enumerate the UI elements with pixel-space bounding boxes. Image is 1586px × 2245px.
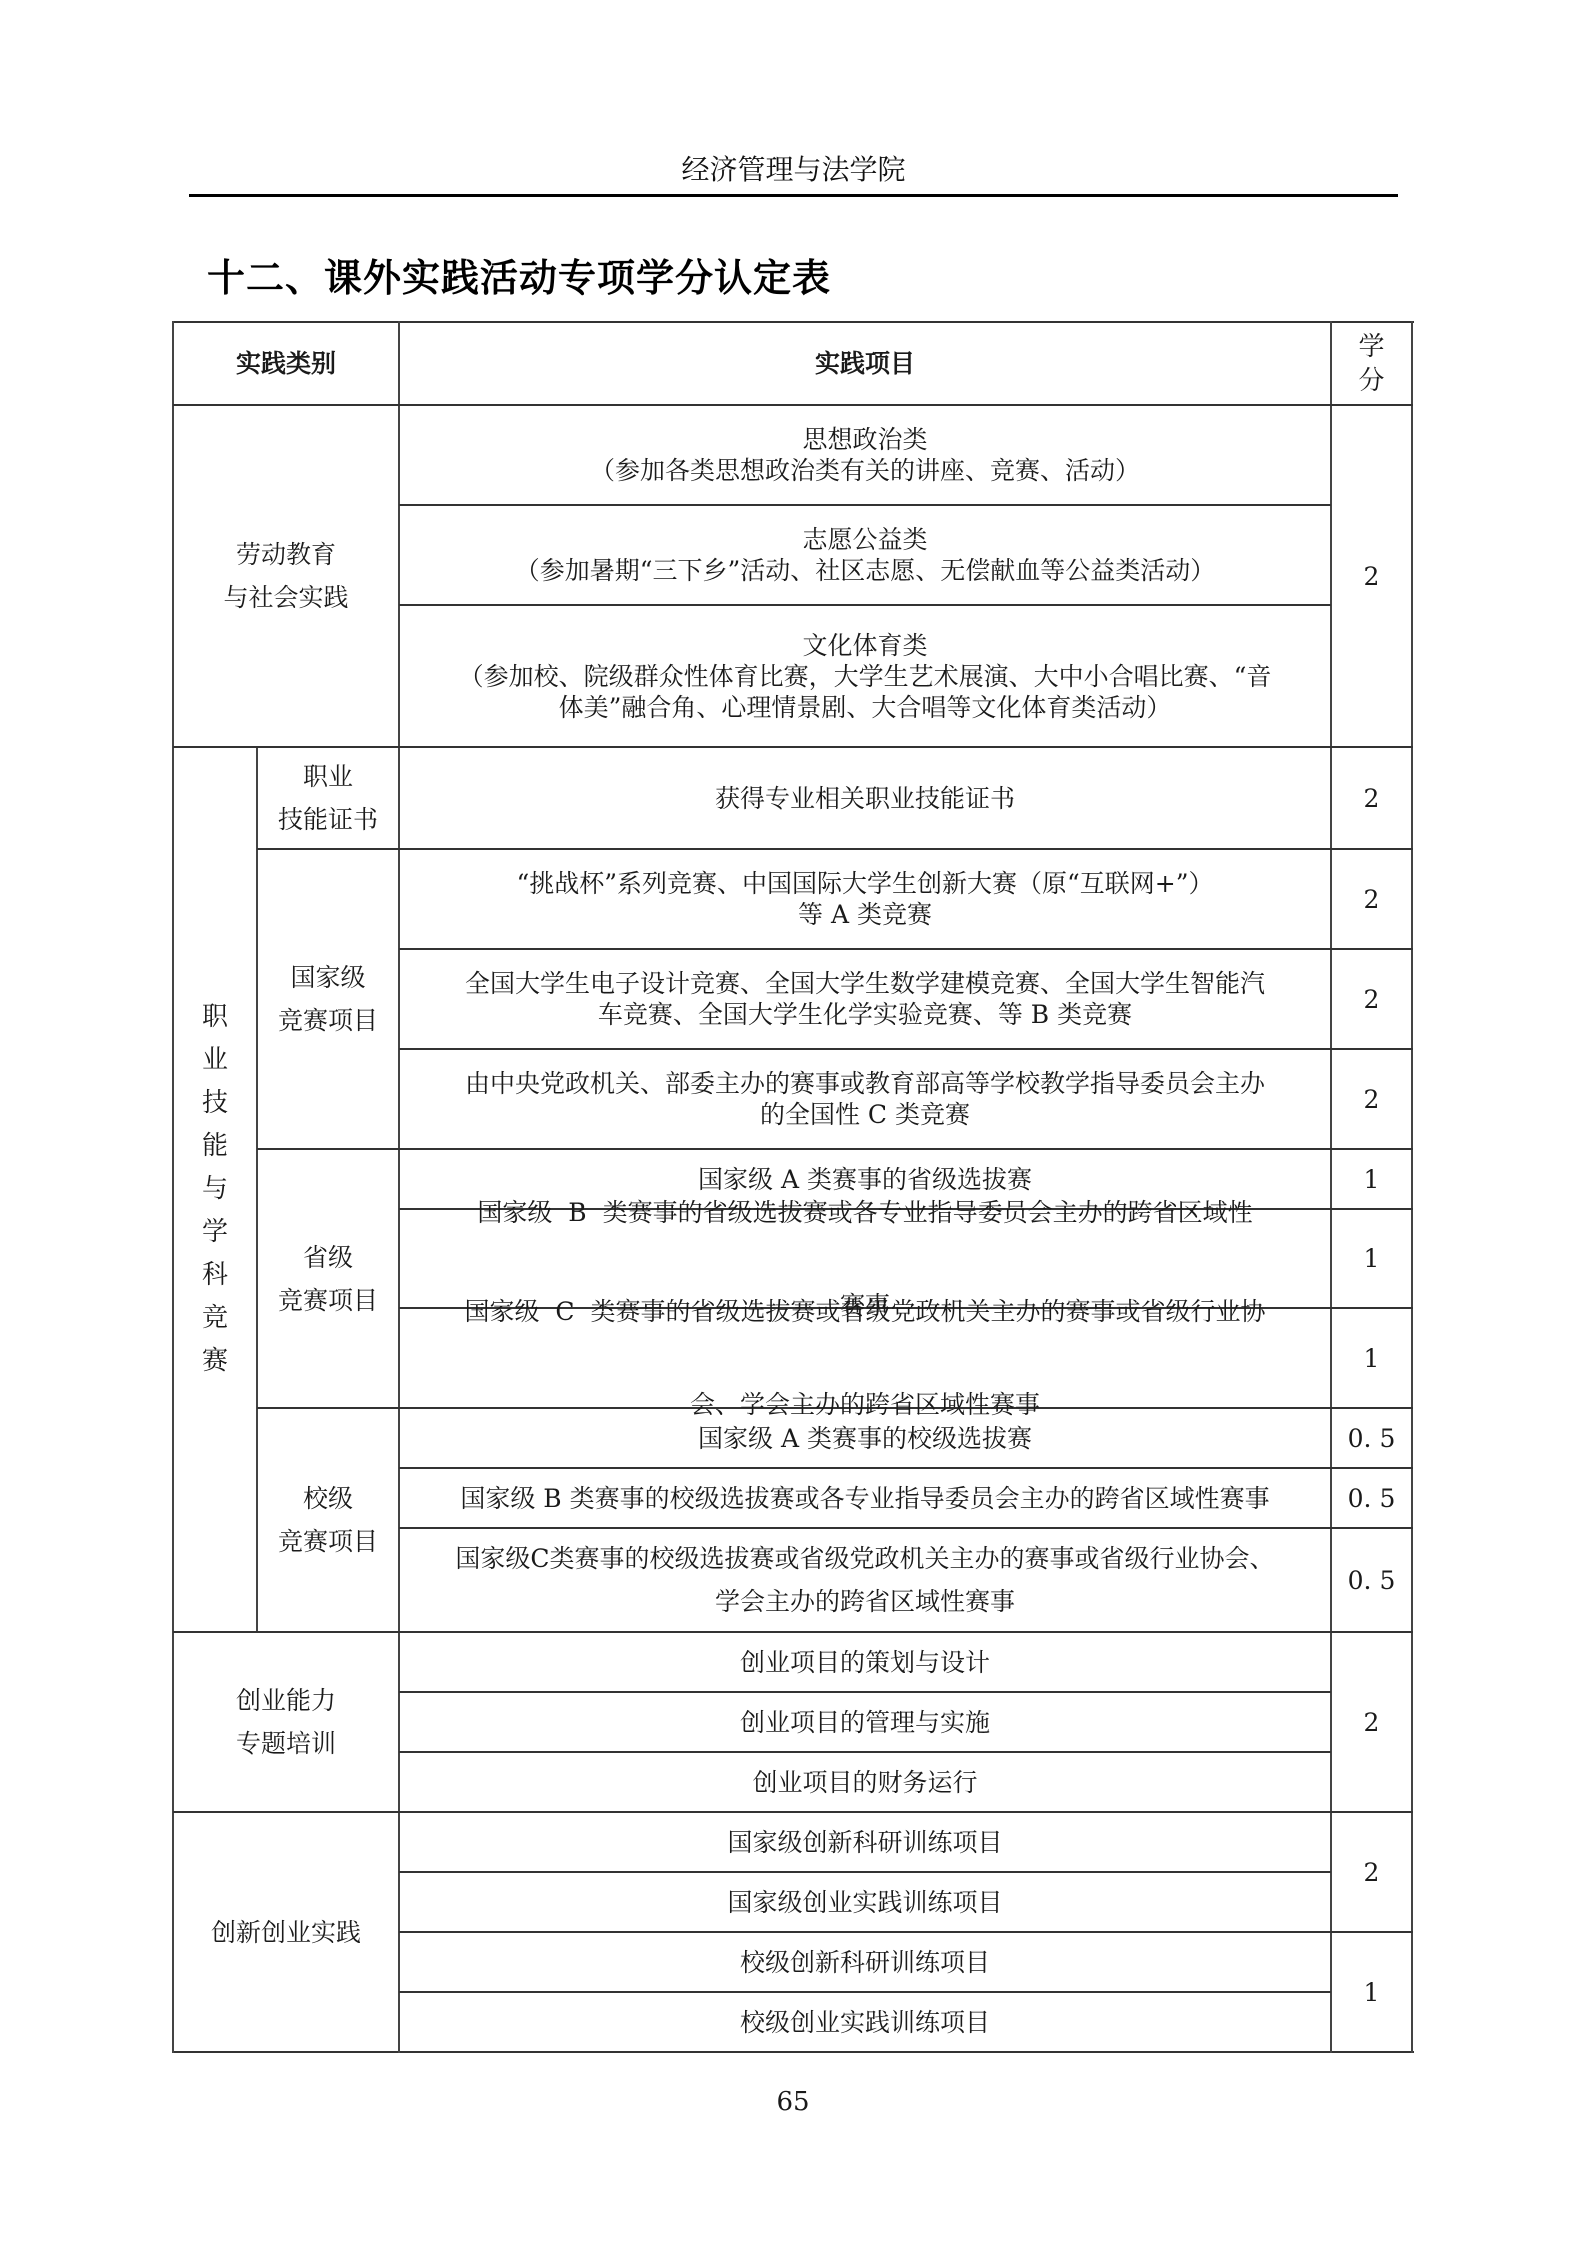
category-char: 学 xyxy=(202,1211,228,1254)
column-header-category: 实践类别 xyxy=(174,323,398,404)
subcategory-line: 竞赛项目 xyxy=(278,999,378,1042)
item-title: 思想政治类 xyxy=(590,424,1140,455)
item-text: 由中央党政机关、部委主办的赛事或教育部高等学校教学指导委员会主办 xyxy=(465,1068,1265,1099)
category-entrepreneurship-training: 创业能力 专题培训 xyxy=(174,1633,398,1811)
item-text: 国家级 A 类赛事的校级选拔赛 xyxy=(698,1423,1032,1454)
table-row-item: “挑战杯”系列竞赛、中国国际大学生创新大赛（原“互联网+”） 等 A 类竞赛 xyxy=(400,850,1330,948)
category-line: 创业能力 xyxy=(236,1679,336,1722)
category-line: 专题培训 xyxy=(236,1722,336,1765)
credit-value: 0. 5 xyxy=(1332,1469,1411,1527)
category-char: 赛 xyxy=(202,1340,228,1383)
item-text: 创业项目的财务运行 xyxy=(752,1767,977,1798)
column-header-credit-char2: 分 xyxy=(1358,364,1384,398)
item-text: 校级创业实践训练项目 xyxy=(740,2007,990,2038)
credit-value: 0. 5 xyxy=(1332,1409,1411,1467)
table-row-item: 国家级C类赛事的校级选拔赛或省级党政机关主办的赛事或省级行业协会、 学会主办的跨… xyxy=(400,1529,1330,1631)
item-text: 校级创新科研训练项目 xyxy=(740,1947,990,1978)
header-rule xyxy=(189,194,1398,197)
column-header-item-label: 实践项目 xyxy=(815,348,915,379)
column-header-credit: 学 分 xyxy=(1332,323,1411,404)
subcategory-line: 省级 xyxy=(278,1236,378,1279)
credit-value: 2 xyxy=(1332,748,1411,848)
subcategory-national-competitions: 国家级 竞赛项目 xyxy=(258,850,398,1148)
table-row-item: 校级创业实践训练项目 xyxy=(400,1993,1330,2051)
item-text: 创业项目的策划与设计 xyxy=(740,1647,990,1678)
table-row-item: 国家级 C 类赛事的省级选拔赛或省级党政机关主办的赛事或省级行业协 会、学会主办… xyxy=(400,1309,1330,1407)
page-number: 65 xyxy=(743,2086,843,2118)
column-header-credit-char1: 学 xyxy=(1358,330,1384,364)
category-line: 与社会实践 xyxy=(223,576,348,619)
category-char: 与 xyxy=(202,1168,228,1211)
item-text: 车竞赛、全国大学生化学实验竞赛、等 B 类竞赛 xyxy=(465,999,1265,1030)
credit-value: 1 xyxy=(1332,1309,1411,1407)
item-text: 国家级 B 类赛事的校级选拔赛或各专业指导委员会主办的跨省区域性赛事 xyxy=(460,1483,1269,1514)
column-header-category-label: 实践类别 xyxy=(236,348,336,379)
table-border-right xyxy=(1411,321,1413,2053)
item-text: 国家级创新科研训练项目 xyxy=(727,1827,1002,1858)
subcategory-line: 竞赛项目 xyxy=(278,1520,378,1563)
table-row-item: 国家级创业实践训练项目 xyxy=(400,1873,1330,1931)
subcategory-line: 职业 xyxy=(278,755,378,798)
item-title: 文化体育类 xyxy=(459,630,1272,661)
item-text: 全国大学生电子设计竞赛、全国大学生数学建模竞赛、全国大学生智能汽 xyxy=(465,968,1265,999)
category-vocational-skills-competitions: 职 业 技 能 与 学 科 竞 赛 xyxy=(174,748,256,1631)
credit-value: 2 xyxy=(1332,850,1411,948)
item-description: （参加校、院级群众性体育比赛，大学生艺术展演、大中小合唱比赛、“音 xyxy=(459,661,1272,692)
subcategory-line: 竞赛项目 xyxy=(278,1279,378,1322)
item-text: 等 A 类竞赛 xyxy=(516,899,1213,930)
category-char: 职 xyxy=(202,996,228,1039)
credit-value: 0. 5 xyxy=(1332,1529,1411,1631)
credit-value: 2 xyxy=(1332,1633,1411,1811)
table-row-item: 国家级 B 类赛事的校级选拔赛或各专业指导委员会主办的跨省区域性赛事 xyxy=(400,1469,1330,1527)
item-text: 学会主办的跨省区域性赛事 xyxy=(455,1580,1274,1623)
table-row-item: 文化体育类 （参加校、院级群众性体育比赛，大学生艺术展演、大中小合唱比赛、“音 … xyxy=(400,606,1330,746)
subcategory-provincial-competitions: 省级 竞赛项目 xyxy=(258,1150,398,1407)
credit-value: 2 xyxy=(1332,950,1411,1048)
table-row-item: 获得专业相关职业技能证书 xyxy=(400,748,1330,848)
credit-value: 2 xyxy=(1332,1813,1411,1931)
category-line: 创新创业实践 xyxy=(211,1917,361,1948)
item-text: 的全国性 C 类竞赛 xyxy=(465,1099,1265,1130)
table-row-item: 创业项目的策划与设计 xyxy=(400,1633,1330,1691)
subcategory-line: 技能证书 xyxy=(278,798,378,841)
item-text: 创业项目的管理与实施 xyxy=(740,1707,990,1738)
table-row-item: 志愿公益类 （参加暑期“三下乡”活动、社区志愿、无偿献血等公益类活动） xyxy=(400,506,1330,604)
item-description: （参加各类思想政治类有关的讲座、竞赛、活动） xyxy=(590,455,1140,486)
category-char: 技 xyxy=(202,1082,228,1125)
item-text: 国家级 B 类赛事的省级选拔赛或各专业指导委员会主办的跨省区域性 xyxy=(477,1197,1252,1228)
subcategory-vocational-certificate: 职业 技能证书 xyxy=(258,748,398,848)
item-text: 国家级 C 类赛事的省级选拔赛或省级党政机关主办的赛事或省级行业协 xyxy=(465,1296,1266,1327)
credit-value: 1 xyxy=(1332,1210,1411,1307)
item-text: 国家级C类赛事的校级选拔赛或省级党政机关主办的赛事或省级行业协会、 xyxy=(455,1537,1274,1580)
credit-value: 2 xyxy=(1332,406,1411,746)
section-title: 十二、课外实践活动专项学分认定表 xyxy=(207,252,831,304)
table-row-item: 全国大学生电子设计竞赛、全国大学生数学建模竞赛、全国大学生智能汽 车竞赛、全国大… xyxy=(400,950,1330,1048)
category-char: 能 xyxy=(202,1125,228,1168)
item-text: 国家级创业实践训练项目 xyxy=(727,1887,1002,1918)
table-border-bottom xyxy=(173,2051,1414,2053)
item-description: （参加暑期“三下乡”活动、社区志愿、无偿献血等公益类活动） xyxy=(515,555,1216,586)
category-char: 业 xyxy=(202,1039,228,1082)
subcategory-line: 国家级 xyxy=(278,956,378,999)
item-description: 体美”融合角、心理情景剧、大合唱等文化体育类活动） xyxy=(459,692,1272,723)
column-header-item: 实践项目 xyxy=(400,323,1330,404)
category-line: 劳动教育 xyxy=(223,533,348,576)
category-innovation-entrepreneurship-practice: 创新创业实践 xyxy=(174,1813,398,2051)
item-text: “挑战杯”系列竞赛、中国国际大学生创新大赛（原“互联网+”） xyxy=(516,868,1213,899)
table-row-item: 校级创新科研训练项目 xyxy=(400,1933,1330,1991)
subcategory-school-competitions: 校级 竞赛项目 xyxy=(258,1409,398,1631)
category-labor-social-practice: 劳动教育 与社会实践 xyxy=(174,406,398,746)
item-title: 志愿公益类 xyxy=(515,524,1216,555)
page-header-institution: 经济管理与法学院 xyxy=(189,150,1398,190)
table-row-item: 由中央党政机关、部委主办的赛事或教育部高等学校教学指导委员会主办 的全国性 C … xyxy=(400,1050,1330,1148)
credit-value: 1 xyxy=(1332,1150,1411,1208)
table-row-item: 创业项目的管理与实施 xyxy=(400,1693,1330,1751)
table-row-item: 创业项目的财务运行 xyxy=(400,1753,1330,1811)
credit-value: 1 xyxy=(1332,1933,1411,2051)
table-row-item: 国家级创新科研训练项目 xyxy=(400,1813,1330,1871)
credit-value: 2 xyxy=(1332,1050,1411,1148)
table-row-item: 国家级 A 类赛事的校级选拔赛 xyxy=(400,1409,1330,1467)
subcategory-line: 校级 xyxy=(278,1477,378,1520)
item-text: 获得专业相关职业技能证书 xyxy=(715,783,1015,814)
table-row-item: 思想政治类 （参加各类思想政治类有关的讲座、竞赛、活动） xyxy=(400,406,1330,504)
category-char: 科 xyxy=(202,1254,228,1297)
category-char: 竞 xyxy=(202,1297,228,1340)
